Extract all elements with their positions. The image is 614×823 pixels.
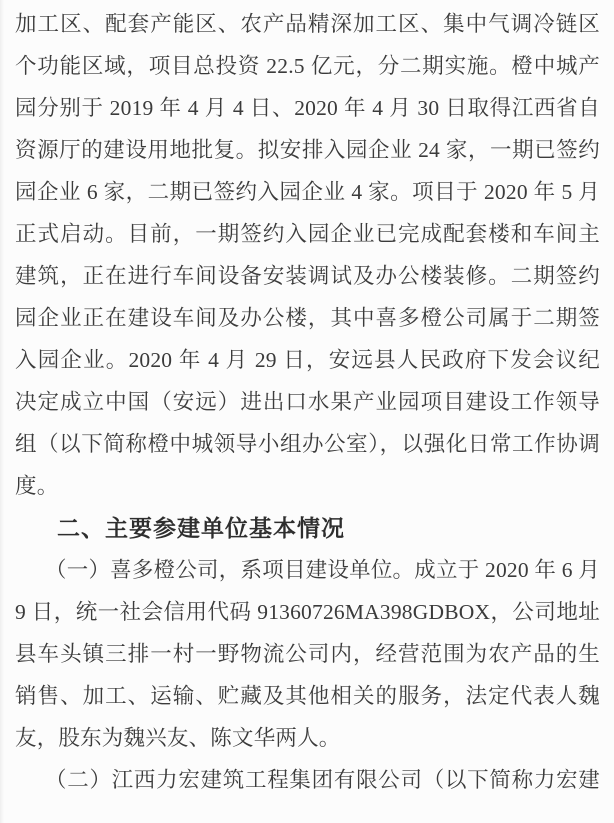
text-line: 园企业 6 家，二期已签约入园企业 4 家。项目于 2020 年 5 月份 [15,171,600,213]
text-line: 正式启动。目前，一期签约入园企业已完成配套楼和车间主体 [15,213,600,255]
text-line: 建筑，正在进行车间设备安装调试及办公楼装修。二期签约入 [15,255,600,297]
text-line: 个功能区域，项目总投资 22.5 亿元，分二期实施。橙中城产业 [15,45,600,87]
section-heading: 二、主要参建单位基本情况 [15,507,600,549]
document-page: 加工区、配套产能区、农产品精深加工区、集中气调冷链区四 个功能区域，项目总投资 … [0,0,614,823]
text-line: 园分别于 2019 年 4 月 4 日、2020 年 4 月 30 日取得江西省… [15,87,600,129]
text-line: （二）江西力宏建筑工程集团有限公司（以下简称力宏建 [15,759,600,801]
text-line: 资源厅的建设用地批复。拟安排入园企业 24 家，一期已签约入 [15,129,600,171]
text-line: 决定成立中国（安远）进出口水果产业园项目建设工作领导小 [15,381,600,423]
opening-paragraph: 加工区、配套产能区、农产品精深加工区、集中气调冷链区四 个功能区域，项目总投资 … [15,3,600,507]
paragraph-company-two: （二）江西力宏建筑工程集团有限公司（以下简称力宏建 [15,759,600,801]
text-line: 加工区、配套产能区、农产品精深加工区、集中气调冷链区四 [15,3,600,45]
text-line: 9 日，统一社会信用代码 91360726MA398GDBOX，公司地址安远 [15,591,600,633]
text-line: 友，股东为魏兴友、陈文华两人。 [15,717,600,759]
text-line: 组（以下简称橙中城领导小组办公室），以强化日常工作协调调 [15,423,600,465]
text-line: 销售、加工、运输、贮藏及其他相关的服务，法定代表人魏兴 [15,675,600,717]
paragraph-company-one: （一）喜多橙公司，系项目建设单位。成立于 2020 年 6 月 9 日，统一社会… [15,549,600,759]
text-line: 入园企业。2020 年 4 月 29 日，安远县人民政府下发会议纪要， [15,339,600,381]
scan-edge-shading [0,0,4,823]
text-line: 园企业正在建设车间及办公楼，其中喜多橙公司属于二期签约 [15,297,600,339]
text-line: 县车头镇三排一村一野物流公司内，经营范围为农产品的生产、 [15,633,600,675]
text-line: 度。 [15,465,600,507]
text-line: （一）喜多橙公司，系项目建设单位。成立于 2020 年 6 月 [15,549,600,591]
